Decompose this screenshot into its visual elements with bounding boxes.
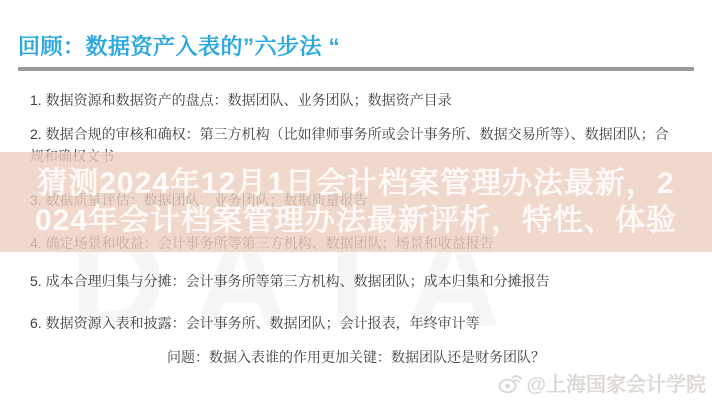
credit-watermark: @上海国家会计学院 — [498, 368, 706, 397]
weibo-logo-icon — [498, 372, 522, 394]
slide-canvas: DATA 回顾：数据资产入表的”六步法 “ 1. 数据资源和数据资产的盘点：数据… — [0, 0, 712, 400]
slide-title: 回顾：数据资产入表的”六步法 “ — [18, 30, 340, 61]
step-item-6: 6. 数据资源入表和披露：会计事务所、数据团队；会计报表，年终审计等 — [30, 312, 680, 334]
overlay-title-line-1: 猜测2024年12月1日会计档案管理办法最新，2 — [37, 165, 674, 202]
title-divider — [18, 67, 694, 71]
overlay-title-banner: 猜测2024年12月1日会计档案管理办法最新，2 024年会计档案管理办法最新评… — [0, 152, 712, 252]
step-item-5: 5. 成本合理归集与分摊：会计事务所等第三方机构、数据团队；成本归集和分摊报告 — [30, 270, 680, 292]
credit-text: @上海国家会计学院 — [526, 368, 706, 397]
question-text: 问题：数据入表谁的作用更加关键：数据团队还是财务团队？ — [0, 347, 712, 367]
overlay-title-line-2: 024年会计档案管理办法最新评析，特性、体验 — [35, 202, 677, 239]
step-item-1: 1. 数据资源和数据资产的盘点：数据团队、业务团队；数据资产目录 — [30, 89, 680, 111]
